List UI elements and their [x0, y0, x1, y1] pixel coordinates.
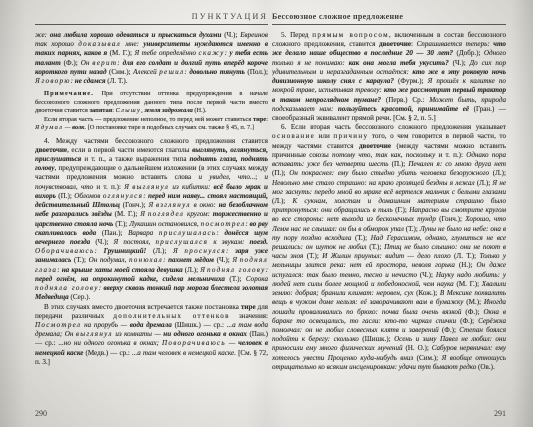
text-run: думал [41, 124, 63, 131]
text-run: (Добр.); [457, 49, 484, 57]
text-run: (Н.). [194, 107, 206, 114]
text-run: (Л.); [272, 197, 292, 205]
text-run: выглянул [132, 183, 169, 191]
text-run: поезд. [249, 238, 268, 246]
text-run: (Л.); [493, 169, 506, 177]
text-run: в окно: [191, 201, 219, 209]
text-run: взглянул [156, 201, 191, 209]
text-run: не сдамся [75, 77, 108, 85]
text-run: верит [92, 59, 117, 67]
text-run: (М. Г.); [456, 280, 481, 288]
text-run: как она могла тебя укусить? [349, 59, 453, 67]
text-run: подняла голову [35, 284, 99, 292]
text-run: запятая [89, 107, 112, 114]
text-run: Посмотрел [35, 321, 81, 329]
text-run: оглянулся [103, 192, 143, 200]
text-run: перед огнём, на опрокинутой кадке, сидел… [35, 275, 229, 283]
text-run: (Ч.); [224, 31, 240, 39]
text-run: двоеточие [379, 40, 411, 48]
text-run: и т. п.): [93, 183, 124, 191]
text-run: говорю [41, 77, 70, 85]
text-run: (Фурм.); [398, 77, 428, 85]
text-run: (Т.); [369, 243, 384, 251]
text-run: (Ф.); [460, 317, 478, 325]
text-run: проснулся [184, 247, 226, 255]
text-run: (П.); [392, 160, 409, 168]
text-run: вода дремала [130, 321, 175, 329]
right-page-body: 5. Перед прямым вопросом, включенным в с… [272, 31, 506, 403]
text-run: Печален я: со мною друга нет [408, 160, 506, 168]
text-run: прислушалась [159, 229, 217, 237]
text-run: (М. Г.); [115, 210, 141, 218]
text-run: Он [81, 59, 93, 67]
text-run: она любила хорошо одеваться и прыскаться… [50, 31, 224, 39]
text-run: дополнительных оттенков [113, 312, 229, 320]
text-run: Я [232, 256, 239, 264]
text-run: прислушался [155, 238, 208, 246]
text-run: (Н. О.); [405, 344, 431, 352]
left-page-body: же: она любила хорошо одеваться и прыска… [35, 31, 268, 403]
text-run: , если в первой части имеются глаголы [67, 146, 192, 154]
text-run: (Ч.); [453, 59, 470, 67]
text-run: (Пол.); [247, 68, 268, 76]
text-run: и т. п.): [435, 151, 466, 159]
text-run: Я [173, 247, 184, 255]
text-run: понюхал [129, 256, 163, 264]
text-run: выглянул [76, 330, 113, 338]
text-run: (Пан.); [102, 229, 128, 237]
text-run: Я [148, 201, 156, 209]
text-run: Оборачиваюсь [35, 247, 95, 255]
paragraph: В этих случаях вместо двоеточия встречае… [35, 303, 268, 368]
text-run: (Т.); [229, 275, 246, 283]
text-run: потому что, так как, поскольку [332, 151, 435, 159]
text-run: (Ов.). [478, 363, 495, 371]
text-run: (П.); [58, 192, 74, 200]
text-run: или [315, 132, 333, 140]
text-run: двоеточие [35, 146, 67, 154]
text-run: (Ч.); [420, 271, 436, 279]
text-run: (Т.); [406, 225, 420, 233]
text-run: Я [124, 183, 132, 191]
running-head-left: ПУНКТУАЦИЯ [35, 12, 268, 21]
text-run: на крыше хаты моей стояла девушка [62, 266, 185, 274]
left-page: ПУНКТУАЦИЯ же: она любила хорошо одевать… [35, 0, 268, 427]
text-run: (Л.); [477, 179, 493, 187]
text-run: (П.); [272, 169, 289, 177]
text-run: Невольно мне стало страшно: на краю гроз… [272, 179, 477, 187]
paragraph: Если вторая часть — предложение неполное… [35, 116, 268, 133]
text-run: (Шишк.) — ср.: [175, 321, 227, 329]
running-head-right: Бессоюзное сложное предложение [272, 12, 506, 21]
header-rule-left [35, 24, 268, 25]
text-run: (Л. Т.). [107, 77, 127, 85]
text-run: пользуйтесь красотой, принимайте её [338, 105, 474, 113]
text-run: (Н.); [459, 261, 477, 269]
text-run: (Т.); [307, 252, 322, 260]
text-run: (Медв.) — ср.: [85, 349, 132, 357]
text-run: Лукашин остановился, [129, 220, 200, 228]
text-run: (Кож.); [416, 289, 440, 297]
text-run: (Ч.); [217, 256, 233, 264]
text-run: и т. п., а также выражения типа [81, 155, 189, 163]
text-run: довольно тянуть [189, 68, 247, 76]
paragraph: Примечание. При отсутствии оттенка преду… [35, 90, 268, 115]
text-run: ...а там человек в немецкой каске. [132, 349, 238, 357]
text-run: (Л.); [185, 266, 200, 274]
text-run: тире [241, 303, 256, 311]
text-run: 5. Перед [281, 31, 312, 39]
paragraph: 6. Если вторая часть бессоюзного сложног… [272, 123, 506, 372]
text-run: и увидел, что... [198, 173, 255, 181]
text-run: кругом: [184, 210, 213, 218]
text-run: значения: [230, 312, 268, 320]
text-run: : [266, 266, 268, 274]
text-run: Если вторая часть — предложение неполное… [44, 116, 253, 123]
paragraph: же: она любила хорошо одеваться и прыска… [35, 31, 268, 86]
text-run: (Шишк.); [362, 335, 394, 343]
text-run: волк [72, 124, 84, 131]
text-run: (Сер.). [70, 293, 90, 301]
text-run: из комнаты — [113, 330, 163, 338]
text-run: Сорока [246, 275, 268, 283]
text-run: ...но ни одного огонька в окнах; [58, 339, 162, 347]
text-run: доказывал [78, 40, 121, 48]
text-run: (М. Г.); [110, 49, 135, 57]
text-run: Поворачиваюсь [162, 339, 226, 347]
text-run: (М.); [466, 298, 484, 306]
text-run: (Ф.); [442, 326, 459, 334]
text-run: (Ч.); [95, 238, 113, 246]
text-run: Слышу [116, 107, 142, 114]
text-run: причину [333, 132, 368, 140]
text-run: . [О постановке тире в подобных случаях … [84, 124, 254, 131]
text-run: (Сим.); [417, 354, 442, 362]
text-run: основание [272, 132, 315, 140]
text-run: на прорубь — [81, 321, 129, 329]
text-run: двоеточие [359, 142, 391, 150]
text-run: земля задрожала [144, 107, 194, 114]
text-run: В этих случаях вместо двоеточия встречае… [44, 303, 241, 311]
text-run: 4. Между частями бессоюзного сложного пр… [44, 137, 268, 145]
book-spread: ПУНКТУАЦИЯ же: она любила хорошо одевать… [0, 0, 533, 427]
text-run: ни одного огонька в окнах [163, 330, 249, 338]
right-page: Бессоюзное сложное предложение 5. Перед … [272, 0, 506, 427]
text-run: : [266, 116, 268, 123]
text-run: тире [253, 116, 266, 123]
text-run: Я [140, 210, 148, 218]
text-run: : [226, 247, 235, 255]
text-run: (Ф.); [64, 59, 81, 67]
text-run: Он подумал, [89, 256, 129, 264]
text-run: (Перв.) Ср.: [386, 96, 429, 104]
text-run: посмотрел [201, 220, 246, 228]
header-rule-right [272, 24, 506, 25]
page-number-left: 290 [35, 409, 47, 418]
text-run: И Жилин приуныл: видит — дело плохо [322, 252, 454, 260]
text-run: Обломов [74, 192, 103, 200]
paragraph: 4. Между частями бессоюзного сложного пр… [35, 137, 268, 303]
text-run: (Т.); [355, 234, 371, 242]
text-run: Я тебе определённо [134, 49, 198, 57]
text-run: (Сим.); [109, 68, 133, 76]
text-run: (Ф.); [465, 308, 483, 316]
text-run: скажу [199, 49, 225, 57]
text-run: (Гонч.); [123, 201, 149, 209]
text-run: прямым вопросом [312, 31, 389, 39]
text-run: Алексей [133, 68, 159, 76]
text-run: — [63, 124, 72, 131]
page-number-right: 291 [494, 409, 506, 418]
text-run: (Т.); [74, 256, 89, 264]
text-run: (Г.); [395, 206, 409, 214]
text-run: Я [200, 266, 207, 274]
text-run: пахнет мёдом [168, 256, 217, 264]
text-run: решил [159, 68, 184, 76]
text-run: Примечание. [44, 90, 94, 97]
text-run: Грушницкий! [104, 247, 153, 255]
text-run: мне: [121, 40, 143, 48]
text-run: поднял голову [207, 266, 266, 274]
text-run: (Гонч.); [439, 215, 465, 223]
text-run: к звукам: [208, 238, 249, 246]
text-run: из кибитки: [169, 183, 214, 191]
paragraph: 5. Перед прямым вопросом, включенным в с… [272, 31, 506, 123]
text-run: (Л. Т.); [454, 252, 479, 260]
text-run: — [226, 339, 238, 347]
text-run: Варвара [128, 229, 159, 237]
text-run: Я постоял, [114, 238, 156, 246]
text-run: Он покраснел: ему было стыдно убить чело… [289, 169, 493, 177]
text-run: поглядел [148, 210, 184, 218]
text-run: 6. Если вторая часть бессоюзного сложног… [281, 123, 506, 131]
text-run: Спрашивается теперь: [417, 40, 494, 48]
text-run: (Т.); [115, 220, 129, 228]
text-run: (Л.); [153, 247, 173, 255]
text-run: : [95, 247, 104, 255]
text-run: же: [35, 31, 50, 39]
